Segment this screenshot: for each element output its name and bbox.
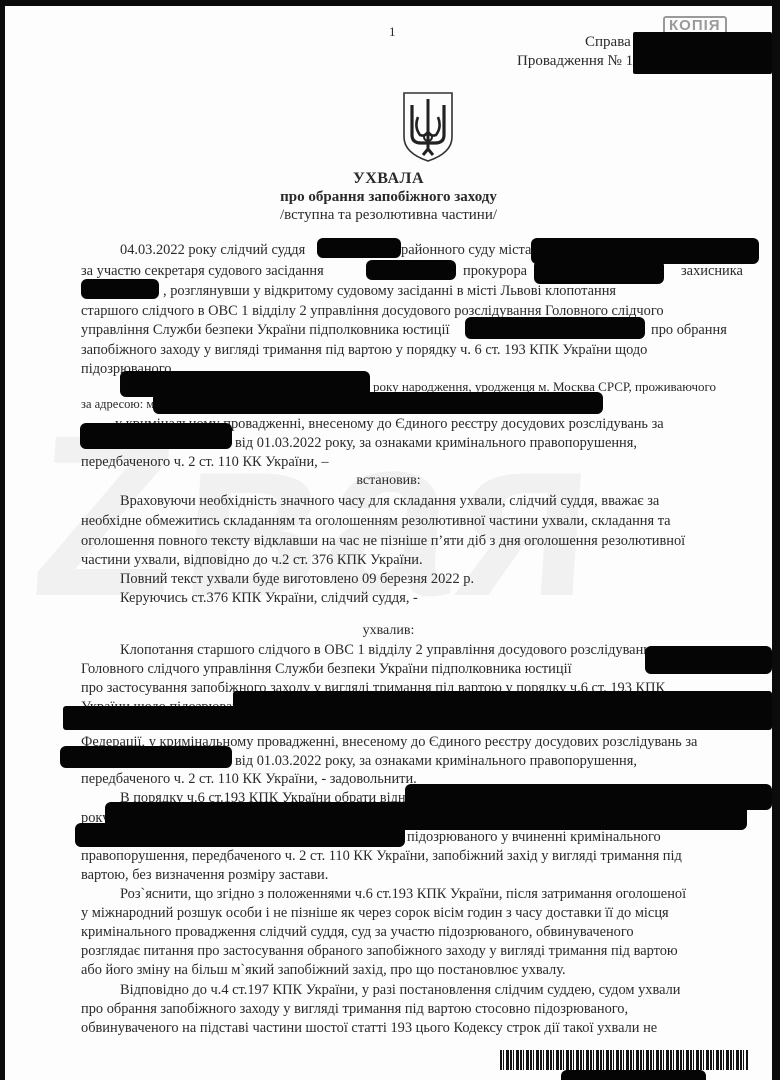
intro-text: захисника	[681, 263, 743, 280]
intro-text: управління Служби безпеки України підпол…	[81, 322, 449, 339]
redaction-case-number	[633, 32, 772, 74]
intro-text: за участю секретаря судового засідання	[81, 263, 324, 280]
established-text: частини ухвали, відповідно до ч.2 ст. 37…	[81, 552, 423, 569]
redaction-judge-name	[317, 238, 401, 258]
intro-text: прокурора	[463, 263, 527, 280]
established-text: Керуючись ст.376 КПК України, слідчий су…	[120, 590, 418, 607]
intro-text: районного суду міста	[401, 242, 531, 259]
ruled-text: Клопотання старшого слідчого в ОВС 1 від…	[120, 642, 658, 659]
redaction-secretary	[366, 260, 456, 280]
ruled-text: від 01.03.2022 року, за ознаками криміна…	[235, 753, 637, 770]
proceeding-number-label: Провадження № 1-	[517, 53, 638, 70]
ruled-text: Відповідно до ч.4 ст.197 КПК України, у …	[120, 982, 680, 999]
ruled-text: про обрання запобіжного заходу у вигляді…	[81, 1001, 628, 1018]
redaction-investigator	[465, 317, 645, 339]
redaction-barcode-number	[561, 1070, 706, 1080]
ruled-text: Роз`яснити, що згідно з положеннями ч.6 …	[120, 886, 686, 903]
established-text: оголошення повного тексту відклавши на ч…	[81, 533, 685, 550]
redaction-investigator-2	[645, 646, 772, 674]
document-title: УХВАЛА	[5, 170, 772, 188]
redaction-suspect-details-2	[63, 706, 772, 730]
ruled-text: вартою, без визначення розміру застави.	[81, 867, 328, 884]
intro-text: 04.03.2022 року слідчий суддя	[120, 242, 305, 259]
intro-text: передбаченого ч. 2 ст. 110 КК України, –	[81, 454, 329, 471]
intro-text: , розглянувши у відкритому судовому засі…	[163, 283, 616, 300]
ruled-text: правопорушення, передбаченого ч. 2 ст. 1…	[81, 848, 682, 865]
trident-emblem-icon	[401, 91, 455, 163]
barcode-icon	[500, 1050, 748, 1070]
page-number: 1	[389, 24, 396, 40]
intro-text: за адресою: м	[81, 396, 154, 413]
intro-text: про обрання	[651, 322, 727, 339]
document-subtitle: про обрання запобіжного заходу	[5, 189, 772, 206]
ruled-text: підозрюваного у вчиненні кримінального	[407, 829, 661, 846]
court-ruling-page: Zвая 1 КОПІЯ Справа № Провадження № 1- У…	[5, 6, 772, 1080]
redaction-registry-number	[80, 423, 232, 449]
established-text: Повний текст ухвали буде виготовлено 09 …	[120, 571, 474, 588]
ruled-text: передбаченого ч. 2 ст. 110 КК України, -…	[81, 771, 417, 788]
redaction-registry-number-2	[60, 746, 232, 768]
ruled-heading: ухвалив:	[5, 623, 772, 639]
ruled-text: Головного слідчого управління Служби без…	[81, 661, 572, 678]
redaction-address	[153, 392, 603, 414]
ruled-text: або його зміну на більш м`який запобіжни…	[81, 962, 566, 979]
established-heading: встановив:	[5, 473, 772, 489]
redaction-defender	[81, 279, 159, 299]
ruled-text: обвинуваченого на підставі частини шосто…	[81, 1020, 657, 1037]
established-text: необхідне обмежитись складанням та оголо…	[81, 513, 671, 530]
ruled-text: у міжнародний розшук особи і не пізніше …	[81, 905, 669, 922]
intro-text: від 01.03.2022 року, за ознаками криміна…	[235, 435, 637, 452]
redaction-suspect-details-4	[75, 823, 405, 847]
intro-text: запобіжного заходу у вигляді тримання пі…	[81, 342, 647, 359]
ruled-text: кримінального провадження слідчий суддя,…	[81, 924, 634, 941]
ruled-text: розглядає питання про застосування обран…	[81, 943, 678, 960]
established-text: Враховуючи необхідність значного часу дл…	[120, 493, 659, 510]
document-subtitle-parts: /вступна та резолютивна частини/	[5, 207, 772, 224]
redaction-prosecutor	[534, 260, 664, 284]
